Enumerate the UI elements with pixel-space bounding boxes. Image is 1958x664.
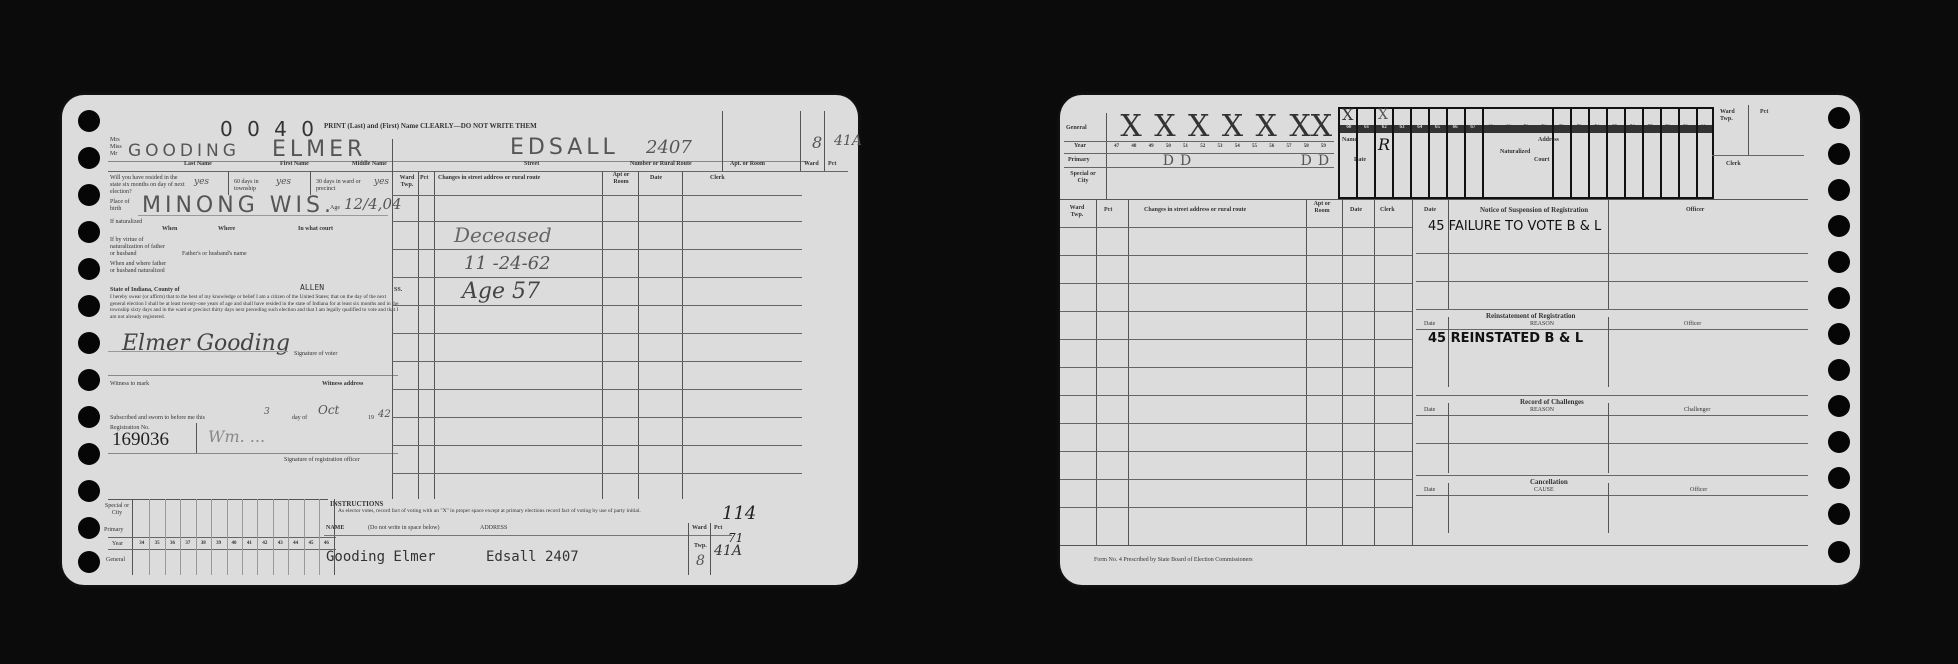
registration-card-back: General Year Primary Special or City 47 … (1060, 95, 1860, 585)
sworn-day-label: day of (292, 415, 307, 422)
general-mark: X (1289, 109, 1310, 144)
pct-label: Pct (828, 161, 836, 168)
year-cell: 42 (257, 541, 272, 546)
year-cell: 44 (288, 541, 303, 546)
salutation-labels: Mrs Miss Mr (110, 137, 126, 158)
twp-column-label: Twp. (694, 543, 707, 550)
father-name-label: Father's or husband's name (182, 251, 247, 258)
general-mark (1142, 109, 1154, 144)
ward-value: 8 (812, 133, 822, 152)
year-cell: 54 (1229, 144, 1246, 149)
challenges-date-label: Date (1424, 407, 1435, 414)
first-name-label: First Name (280, 161, 309, 168)
year-cell: 72 (1553, 125, 1571, 133)
year-cell: 71 (1535, 125, 1553, 133)
sworn-year: 42 (378, 409, 391, 420)
year-cell: 34 (134, 541, 149, 546)
primary-mark (1211, 153, 1228, 169)
extended-general-mark: X (1342, 105, 1353, 124)
punch-hole (78, 480, 100, 502)
year-cell: 63 (1393, 125, 1411, 133)
back-changes-header-pct: Pct (1104, 207, 1112, 214)
registration-number: 169036 (112, 429, 169, 451)
middle-name-label: Middle Name (352, 161, 387, 168)
year-cell: 45 (303, 541, 318, 546)
reinstatement-entry: 45 REINSTATED B & L (1428, 331, 1583, 346)
back-record-label-year: Year (1074, 143, 1086, 150)
suspension-officer-label: Officer (1686, 207, 1704, 214)
record-label-year: Year (112, 541, 123, 548)
extended-years-row: 60 61 62 63 64 65 66 67 68 69 70 71 72 7… (1340, 125, 1712, 133)
deceased-note: Deceased (454, 223, 552, 247)
changes-header-pct: Pct (420, 175, 428, 182)
year-cell: 47 (1108, 144, 1125, 149)
oath-ss: SS. (394, 287, 402, 294)
naturalization-by-virtue-label: If by virtue of naturalization of father… (110, 237, 170, 258)
general-mark (1108, 109, 1120, 144)
name-column-label: NAME (326, 525, 344, 532)
punch-hole (78, 332, 100, 354)
naturalized-label: If naturalized (110, 219, 150, 226)
ward-label: Ward (804, 161, 819, 168)
address-column-label: ADDRESS (480, 525, 507, 532)
year-cell: 68 (1482, 125, 1500, 133)
stub-pct-value: 41A (714, 543, 742, 559)
changes-header-address: Changes in street address or rural route (438, 175, 540, 182)
back-record-label-general: General (1066, 125, 1087, 132)
general-mark (1176, 109, 1188, 144)
general-mark (1277, 109, 1289, 144)
number-label: Number or Rural Route (630, 161, 692, 168)
punch-hole (78, 443, 100, 465)
punch-hole (78, 147, 100, 169)
witness-address-label: Witness address (322, 381, 363, 388)
primary-mark: D (1298, 153, 1315, 169)
last-name-value: GOODING (128, 141, 240, 161)
changes-header-ward: Ward Twp. (396, 175, 418, 189)
primary-mark: D (1160, 153, 1177, 169)
stub-ward-value: 8 (696, 553, 705, 569)
primary-mark (1229, 153, 1246, 169)
year-cell: 59 (1315, 144, 1332, 149)
instructions-text: As elector votes, record fact of voting … (338, 508, 698, 515)
street-number-value: 2407 (646, 137, 692, 158)
sworn-text: Subscribed and sworn to before me this (110, 415, 205, 422)
general-mark: X (1311, 109, 1332, 144)
changes-header-apt: Apt or Room (606, 172, 636, 186)
year-cell: 51 (1177, 144, 1194, 149)
punch-hole (1828, 107, 1850, 129)
year-cell: 76 (1624, 125, 1642, 133)
oath-text: I hereby swear (or affirm) that to the b… (110, 294, 400, 320)
punch-hole (1828, 179, 1850, 201)
back-changes-header-clerk: Clerk (1380, 207, 1395, 214)
year-cell: 50 (1160, 144, 1177, 149)
record-label-special: Special or City (104, 503, 130, 517)
punch-hole (1828, 287, 1850, 309)
residency-township-label: 60 days in township (234, 179, 274, 193)
back-clerk-label: Clerk (1726, 161, 1741, 168)
cancellation-date-label: Date (1424, 487, 1435, 494)
general-mark (1209, 109, 1221, 144)
naturalized-where-label: Where (218, 226, 235, 233)
year-cell: 62 (1375, 125, 1393, 133)
challenges-challenger-label: Challenger (1684, 407, 1710, 414)
punch-hole (78, 221, 100, 243)
year-cell: 46 (319, 541, 334, 546)
record-label-general: General (106, 557, 125, 564)
year-cell: 75 (1606, 125, 1624, 133)
primary-mark (1280, 153, 1297, 169)
sworn-year-prefix: 19 (368, 415, 374, 422)
form-footer: Form No. 4 Prescribed by State Board of … (1094, 557, 1253, 564)
header-instruction: PRINT (Last) and (First) Name CLEARLY—DO… (324, 123, 537, 130)
year-cell: 35 (149, 541, 164, 546)
punch-hole (78, 184, 100, 206)
pct-column-label: Pct (714, 525, 722, 532)
cancellation-cause-label: CAUSE (1534, 487, 1554, 494)
extended-primary-mark: R (1378, 135, 1390, 154)
year-cell: 37 (180, 541, 195, 546)
year-cell: 57 (1280, 144, 1297, 149)
year-cell: 64 (1411, 125, 1429, 133)
apt-label: Apt. or Room (730, 161, 765, 168)
primary-mark (1263, 153, 1280, 169)
sworn-month: Oct (318, 403, 339, 417)
changes-header-clerk: Clerk (710, 175, 725, 182)
punch-hole (1828, 541, 1850, 563)
stub-name-value: Gooding Elmer (326, 549, 436, 565)
back-pct-label: Pct (1760, 109, 1768, 116)
general-mark (1243, 109, 1255, 144)
primary-mark: D (1315, 153, 1332, 169)
punch-hole (1828, 215, 1850, 237)
extended-naturalized-label: Naturalized (1500, 149, 1530, 156)
deceased-date: 11 -24-62 (464, 253, 551, 274)
year-cell: 53 (1211, 144, 1228, 149)
suspension-entry: 45 FAILURE TO VOTE B & L (1428, 219, 1601, 234)
year-cell: 61 (1358, 125, 1376, 133)
first-name-value: ELMER (272, 137, 366, 162)
general-mark: X (1222, 109, 1243, 144)
punch-hole (1828, 503, 1850, 525)
county-value: ALLEN (300, 283, 324, 292)
back-changes-header-date: Date (1350, 207, 1362, 214)
primary-mark (1125, 153, 1142, 169)
suspension-title: Notice of Suspension of Registration (1480, 207, 1588, 214)
year-cell: 70 (1517, 125, 1535, 133)
year-cell: 48 (1125, 144, 1142, 149)
oath-heading: State of Indiana, County of (110, 287, 180, 294)
punch-hole (78, 369, 100, 391)
extended-record-box: 60 61 62 63 64 65 66 67 68 69 70 71 72 7… (1338, 107, 1714, 199)
primary-mark (1246, 153, 1263, 169)
birth-label: Place of birth (110, 199, 140, 213)
residency-township-answer: yes (276, 177, 291, 187)
general-mark: X (1188, 109, 1209, 144)
sworn-day: 3 (264, 407, 270, 417)
challenges-reason-label: REASON (1530, 407, 1554, 414)
year-cell: 74 (1588, 125, 1606, 133)
year-cell: 43 (273, 541, 288, 546)
year-cell: 67 (1464, 125, 1482, 133)
instructions-note: (Do not write in space below) (368, 525, 439, 532)
stub-address-value: Edsall 2407 (486, 549, 579, 565)
salutation-mr: Mr (110, 151, 126, 158)
year-cell: 66 (1446, 125, 1464, 133)
punch-hole (78, 406, 100, 428)
father-naturalized-label: When and where father or husband natural… (110, 261, 172, 275)
back-changes-header-address: Changes in street address or rural route (1144, 207, 1246, 214)
reinstatement-title: Reinstatement of Registration (1486, 313, 1575, 320)
primary-mark (1194, 153, 1211, 169)
residency-ward-answer: yes (374, 177, 389, 187)
general-mark: X (1120, 109, 1141, 144)
officer-signature-label: Signature of registration officer (284, 457, 360, 464)
punch-hole (78, 258, 100, 280)
punch-hole (1828, 323, 1850, 345)
reinstatement-officer-label: Officer (1684, 321, 1701, 328)
extended-address-label: Address (1538, 137, 1559, 144)
age-label: Age (330, 205, 340, 212)
punch-hole (78, 551, 100, 573)
general-mark: X (1154, 109, 1175, 144)
punch-hole (1828, 251, 1850, 273)
salutation-mrs: Mrs (110, 137, 126, 144)
back-record-label-primary: Primary (1068, 157, 1090, 164)
year-cell: 69 (1499, 125, 1517, 133)
year-cell: 65 (1429, 125, 1447, 133)
primary-mark: D (1177, 153, 1194, 169)
voter-signature-label: Signature of voter (294, 351, 337, 358)
punch-hole (1828, 143, 1850, 165)
street-value: EDSALL (510, 135, 619, 160)
year-cell: 40 (226, 541, 241, 546)
back-record-label-special: Special or City (1070, 171, 1096, 185)
punch-hole (1828, 359, 1850, 381)
year-cell: 73 (1570, 125, 1588, 133)
pct-value: 41A (834, 133, 862, 149)
ward-column-label: Ward (692, 525, 707, 532)
officer-signature: Wm. ... (208, 427, 265, 446)
year-cell: 36 (165, 541, 180, 546)
residency-ward-label: 30 days in ward or precinct (316, 179, 372, 193)
punch-hole (1828, 395, 1850, 417)
margin-note-114: 114 (722, 503, 756, 524)
year-cell: 52 (1194, 144, 1211, 149)
year-cell: 55 (1246, 144, 1263, 149)
margin-note-71: 71 (728, 531, 743, 545)
punch-hole (78, 110, 100, 132)
back-general-marks: X X X X X X X (1108, 109, 1332, 144)
year-cell: 38 (196, 541, 211, 546)
year-cell: 58 (1298, 144, 1315, 149)
punch-hole (1828, 467, 1850, 489)
primary-mark (1108, 153, 1125, 169)
back-changes-header-ward: Ward Twp. (1066, 205, 1088, 219)
punch-hole (78, 295, 100, 317)
year-cell: 49 (1142, 144, 1159, 149)
extended-court-label: Court (1534, 157, 1549, 164)
naturalized-when-label: When (162, 226, 177, 233)
reinstatement-reason-label: REASON (1530, 321, 1554, 328)
suspension-date-label: Date (1424, 207, 1436, 214)
extended-name-label: Name (1342, 137, 1357, 144)
back-years-row: 47 48 49 50 51 52 53 54 55 56 57 58 59 (1108, 144, 1332, 149)
last-name-label: Last Name (184, 161, 212, 168)
record-label-primary: Primary (104, 527, 123, 534)
punch-hole (78, 517, 100, 539)
deceased-age: Age 57 (462, 279, 540, 304)
year-cell: 39 (211, 541, 226, 546)
punch-hole (1828, 431, 1850, 453)
year-cell: 56 (1263, 144, 1280, 149)
residency-state-answer: yes (194, 177, 209, 187)
registration-card-front: 0 0 4 0 PRINT (Last) and (First) Name CL… (62, 95, 858, 585)
back-changes-header-apt: Apt or Room (1310, 201, 1334, 215)
challenges-title: Record of Challenges (1520, 399, 1584, 406)
extended-general-mark: X (1378, 107, 1388, 123)
witness-to-mark-label: Witness to mark (110, 381, 149, 388)
year-cell: 41 (242, 541, 257, 546)
voter-signature: Elmer Gooding (122, 331, 290, 356)
salutation-miss: Miss (110, 144, 126, 151)
general-mark: X (1256, 109, 1277, 144)
instructions-title: INSTRUCTIONS (330, 501, 383, 508)
naturalized-court-label: In what court (298, 226, 333, 233)
back-ward-label: Ward Twp. (1720, 109, 1744, 123)
cancellation-officer-label: Officer (1690, 487, 1707, 494)
primary-mark (1142, 153, 1159, 169)
changes-header-date: Date (650, 175, 662, 182)
cancellation-title: Cancellation (1530, 479, 1568, 486)
back-primary-marks: D D D D (1108, 153, 1332, 169)
reinstatement-date-label: Date (1424, 321, 1435, 328)
street-label: Street (524, 161, 539, 168)
